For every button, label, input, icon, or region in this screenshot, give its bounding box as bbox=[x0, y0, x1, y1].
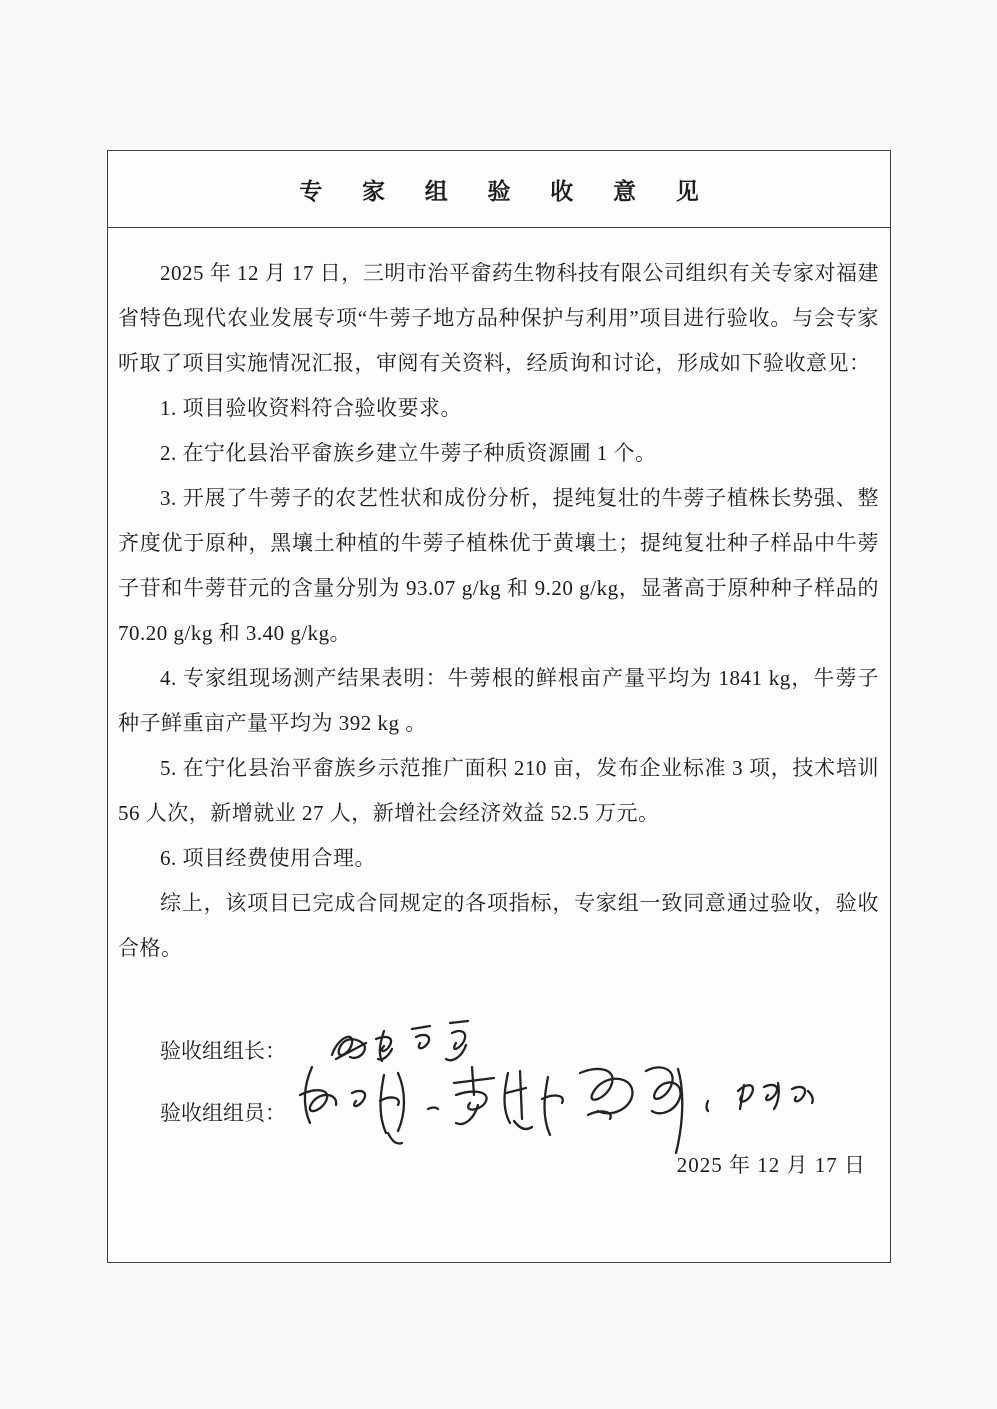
paragraph-intro: 2025 年 12 月 17 日，三明市治平畲药生物科技有限公司组织有关专家对福… bbox=[118, 251, 879, 386]
members-signature-row: 验收组组员： bbox=[160, 1071, 890, 1133]
leader-label: 验收组组长： bbox=[160, 1031, 286, 1071]
paragraph-item-3: 3. 开展了牛蒡子的农艺性状和成份分析，提纯复壮的牛蒡子植株长势强、整齐度优于原… bbox=[118, 476, 879, 656]
paragraph-item-1: 1. 项目验收资料符合验收要求。 bbox=[118, 386, 879, 431]
paragraph-item-2: 2. 在宁化县治平畲族乡建立牛蒡子种质资源圃 1 个。 bbox=[118, 431, 879, 476]
page-title: 专 家 组 验 收 意 见 bbox=[282, 173, 716, 206]
signature-block: 验收组组长： 验收组组员： bbox=[108, 1009, 890, 1179]
document-frame: 专 家 组 验 收 意 见 2025 年 12 月 17 日，三明市治平畲药生物… bbox=[107, 150, 891, 1263]
document-body: 2025 年 12 月 17 日，三明市治平畲药生物科技有限公司组织有关专家对福… bbox=[108, 228, 890, 971]
paragraph-item-5: 5. 在宁化县治平畲族乡示范推广面积 210 亩，发布企业标准 3 项，技术培训… bbox=[118, 746, 879, 836]
paragraph-item-4: 4. 专家组现场测产结果表明：牛蒡根的鲜根亩产量平均为 1841 kg，牛蒡子种… bbox=[118, 656, 879, 746]
title-bar: 专 家 组 验 收 意 见 bbox=[108, 151, 890, 228]
paragraph-item-6: 6. 项目经费使用合理。 bbox=[118, 836, 879, 881]
member-signatures bbox=[292, 1061, 832, 1157]
paragraph-conclusion: 综上，该项目已完成合同规定的各项指标，专家组一致同意通过验收，验收合格。 bbox=[118, 881, 879, 971]
members-label: 验收组组员： bbox=[160, 1093, 286, 1133]
